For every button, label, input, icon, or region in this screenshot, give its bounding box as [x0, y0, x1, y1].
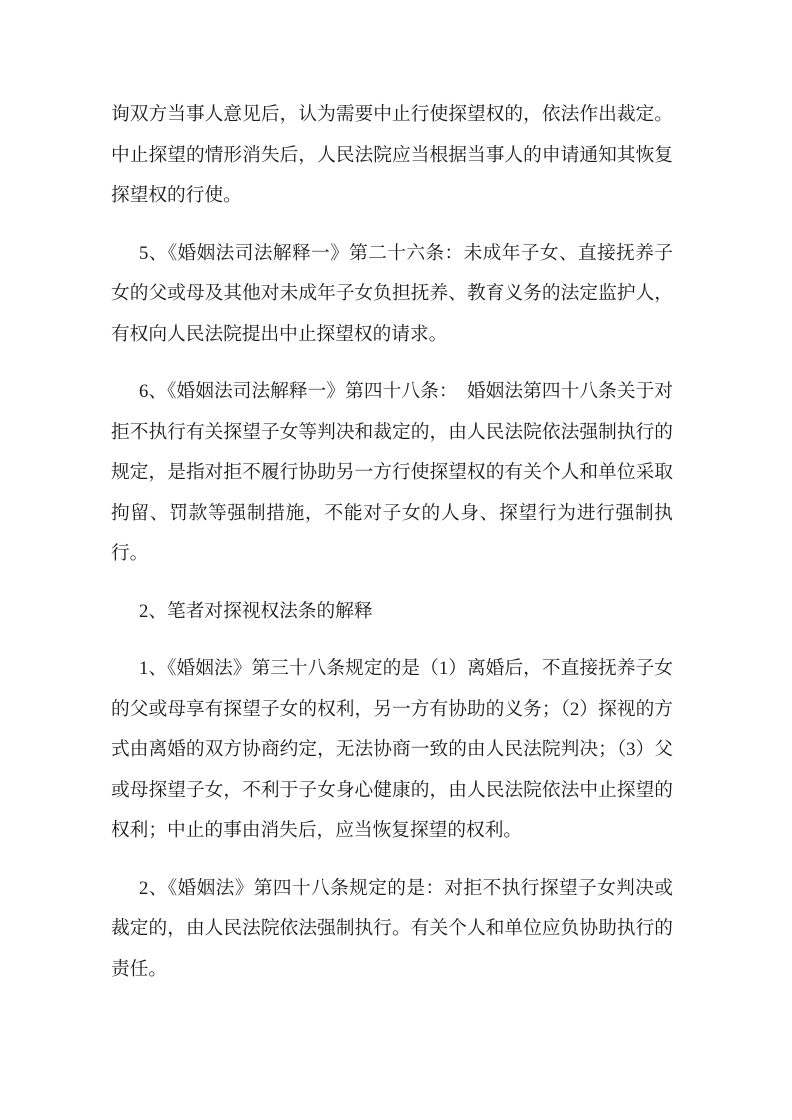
paragraph: 2、《婚姻法》第四十八条规定的是：对拒不执行探望子女判决或裁定的，由人民法院依法…	[111, 869, 673, 991]
paragraph: 2、笔者对探视权法条的解释	[111, 592, 673, 633]
paragraph: 5、《婚姻法司法解释一》第二十六条：未成年子女、直接抚养子女的父或母及其他对未成…	[111, 234, 673, 356]
document-page: 询双方当事人意见后，认为需要中止行使探望权的，依法作出裁定。中止探望的情形消失后…	[0, 0, 792, 1120]
paragraph: 询双方当事人意见后，认为需要中止行使探望权的，依法作出裁定。中止探望的情形消失后…	[111, 95, 673, 217]
document-content: 询双方当事人意见后，认为需要中止行使探望权的，依法作出裁定。中止探望的情形消失后…	[111, 95, 673, 990]
paragraph: 1、《婚姻法》第三十八条规定的是（1）离婚后，不直接抚养子女的父或母享有探望子女…	[111, 649, 673, 852]
paragraph: 6、《婚姻法司法解释一》第四十八条： 婚姻法第四十八条关于对拒不执行有关探望子女…	[111, 372, 673, 575]
